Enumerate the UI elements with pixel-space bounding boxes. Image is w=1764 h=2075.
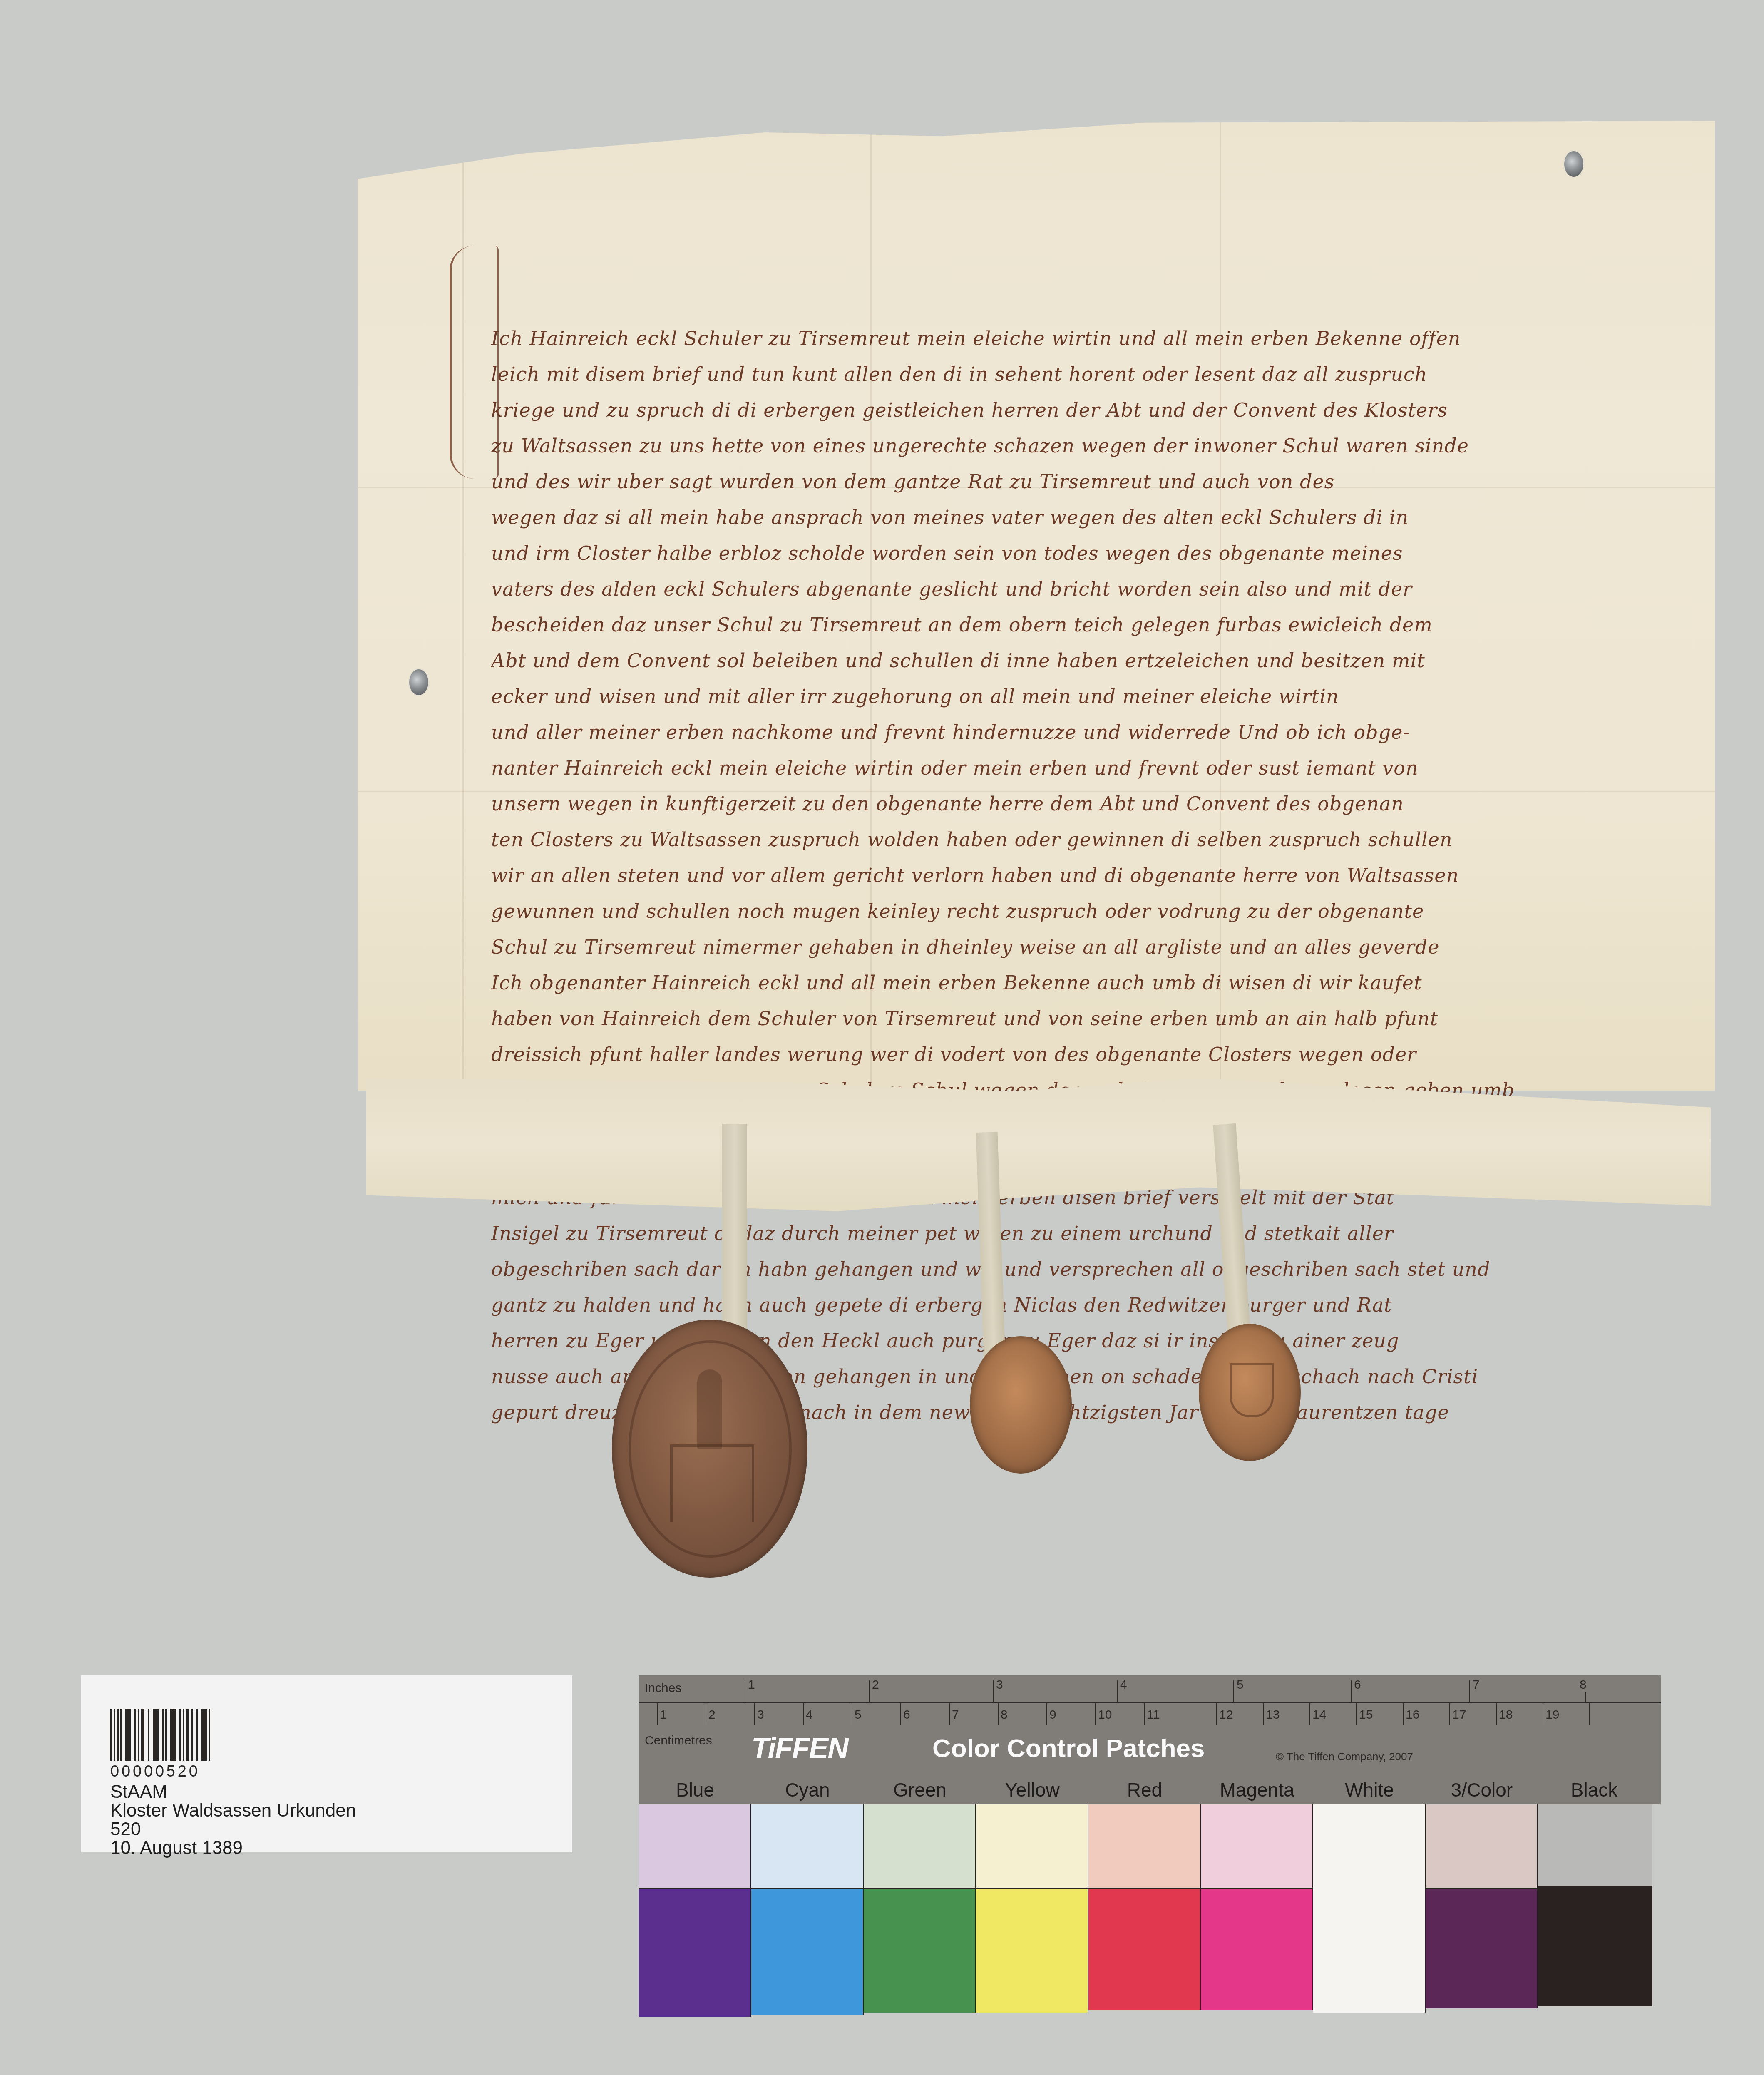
label-date: 10. August 1389 (110, 1838, 243, 1859)
text-line: und irm Closter halbe erbloz scholde wor… (491, 535, 1615, 571)
patch-label-blue: Blue (639, 1779, 751, 1801)
cm-tick-label: 7 (952, 1708, 959, 1722)
cm-tick-label: 14 (1312, 1708, 1326, 1722)
barcode (110, 1709, 210, 1761)
cm-tick-label: 3 (757, 1708, 764, 1722)
cm-tick-label: 5 (855, 1708, 862, 1722)
heraldic-shield-icon (1230, 1363, 1274, 1417)
patch-red-dark (1088, 1888, 1201, 2010)
text-line: und des wir uber sagt wurden von dem gan… (491, 464, 1615, 499)
cm-tick-label: 12 (1219, 1708, 1233, 1722)
text-line: ten Closters zu Waltsassen zuspruch wold… (491, 822, 1615, 857)
cm-tick-label: 9 (1049, 1708, 1056, 1722)
text-line: leich mit disem brief und tun kunt allen… (491, 356, 1615, 392)
patch-white (1313, 1804, 1426, 2013)
castle-gate-icon (670, 1444, 754, 1522)
text-line: nanter Hainreich eckl mein eleiche wirti… (491, 750, 1615, 786)
inch-tick-label: 5 (1237, 1678, 1244, 1692)
patch-cyan-light (751, 1804, 864, 1888)
inch-tick-label: 6 (1354, 1678, 1361, 1692)
patch-label-black: Black (1538, 1779, 1650, 1801)
cm-tick-label: 2 (708, 1708, 716, 1722)
plica-fold (366, 1078, 1711, 1211)
text-line: Insigel zu Tirsemreut di daz durch meine… (491, 1215, 1615, 1251)
patch-yellow-light (976, 1804, 1088, 1888)
inch-tick-label: 4 (1120, 1678, 1127, 1692)
text-line: vaters des alden eckl Schulers abgenante… (491, 571, 1615, 607)
barcode-digit: 0 (110, 1763, 119, 1781)
patch-black-dark (1538, 1886, 1652, 2006)
seal-large-city (612, 1320, 807, 1578)
patch-magenta-dark (1201, 1888, 1313, 2010)
text-line: unsern wegen in kunftigerzeit zu den obg… (491, 786, 1615, 822)
barcode-digit: 0 (122, 1763, 130, 1781)
cm-tick-label: 13 (1266, 1708, 1280, 1722)
patch-yellow-dark (976, 1888, 1088, 2013)
cm-tick-label: 15 (1359, 1708, 1373, 1722)
tiffen-logo: TiFFEN (751, 1732, 848, 1765)
patch-3color-dark (1426, 1888, 1538, 2008)
label-collection: Kloster Waldsassen Urkunden (110, 1800, 356, 1821)
patch-red-light (1088, 1804, 1201, 1888)
barcode-digit: 0 (144, 1763, 153, 1781)
patch-label-green: Green (864, 1779, 976, 1801)
patch-green-light (864, 1804, 976, 1888)
centimetres-label: Centimetres (645, 1734, 712, 1748)
text-line: kriege und zu spruch di di erbergen geis… (491, 392, 1615, 428)
text-line: wir an allen steten und vor allem gerich… (491, 857, 1615, 893)
barcode-digit: 0 (155, 1763, 164, 1781)
text-line: dreissich pfunt haller landes werung wer… (491, 1036, 1615, 1072)
patch-blue-dark (639, 1888, 751, 2017)
text-line: Ich Hainreich eckl Schuler zu Tirsemreut… (491, 321, 1615, 356)
inch-tick-label: 8 (1580, 1678, 1587, 1692)
ruler-band: Inches 1 2 3 4 5 6 7 8 1 2 3 4 5 6 7 8 9… (639, 1675, 1661, 1804)
text-line: gewunnen und schullen noch mugen keinley… (491, 893, 1615, 929)
patch-green-dark (864, 1888, 976, 2013)
seal-small-broken (970, 1336, 1072, 1474)
cm-tick-label: 4 (806, 1708, 813, 1722)
cm-tick-label: 19 (1545, 1708, 1559, 1722)
seal-small-heraldic (1199, 1324, 1301, 1461)
mounting-pin-icon (408, 668, 430, 696)
text-line: wegen daz si all mein habe ansprach von … (491, 499, 1615, 535)
saint-figure-icon (697, 1369, 722, 1449)
text-line: und aller meiner erben nachkome und frev… (491, 714, 1615, 750)
patch-label-yellow: Yellow (976, 1779, 1088, 1801)
label-number: 520 (110, 1819, 141, 1840)
patch-3color-light (1426, 1804, 1538, 1888)
patch-label-white: White (1313, 1779, 1426, 1801)
ruler-divider (639, 1702, 1661, 1703)
cm-tick-label: 6 (903, 1708, 910, 1722)
label-archive: StAAM (110, 1782, 167, 1802)
inches-label: Inches (645, 1681, 681, 1695)
patch-label-3color: 3/Color (1426, 1779, 1538, 1801)
text-line: obgeschriben sach dar an habn gehangen u… (491, 1251, 1615, 1287)
text-line: gantz zu halden und habn auch gepete di … (491, 1287, 1615, 1323)
cm-tick-label: 17 (1452, 1708, 1466, 1722)
inch-tick-label: 2 (872, 1678, 879, 1692)
cm-tick-label: 16 (1406, 1708, 1419, 1722)
barcode-digit: 0 (189, 1763, 198, 1781)
patch-label-red: Red (1088, 1779, 1201, 1801)
cm-tick-label: 8 (1001, 1708, 1008, 1722)
inch-tick-label: 1 (748, 1678, 755, 1692)
text-line: haben von Hainreich dem Schuler von Tirs… (491, 1001, 1615, 1036)
cm-tick-label: 11 (1147, 1708, 1160, 1722)
text-line: ecker und wisen und mit aller irr zugeho… (491, 678, 1615, 714)
barcode-digit: 2 (178, 1763, 186, 1781)
inch-tick-label: 3 (996, 1678, 1003, 1692)
text-line: Schul zu Tirsemreut nimermer gehaben in … (491, 929, 1615, 965)
patch-label-magenta: Magenta (1201, 1779, 1313, 1801)
patch-blue-light (639, 1804, 751, 1888)
cm-tick-label: 10 (1098, 1708, 1112, 1722)
color-control-chart: Inches 1 2 3 4 5 6 7 8 1 2 3 4 5 6 7 8 9… (639, 1675, 1665, 2017)
patch-label-cyan: Cyan (751, 1779, 864, 1801)
text-line: Abt und dem Convent sol beleiben und sch… (491, 643, 1615, 678)
barcode-digit: 0 (133, 1763, 142, 1781)
charter-text: Ich Hainreich eckl Schuler zu Tirsemreut… (491, 321, 1615, 1430)
copyright-notice: © The Tiffen Company, 2007 (1276, 1750, 1413, 1763)
mounting-pin-icon (1563, 150, 1585, 178)
barcode-number: 0 0 0 0 0 5 2 0 (110, 1763, 198, 1781)
inch-tick-label: 7 (1473, 1678, 1480, 1692)
barcode-digit: 5 (166, 1763, 175, 1781)
text-line: Ich obgenanter Hainreich eckl und all me… (491, 965, 1615, 1001)
text-line: zu Waltsassen zu uns hette von eines ung… (491, 428, 1615, 464)
patch-cyan-dark (751, 1888, 864, 2015)
chart-title: Color Control Patches (932, 1734, 1205, 1763)
text-line: bescheiden daz unser Schul zu Tirsemreut… (491, 607, 1615, 643)
patch-magenta-light (1201, 1804, 1313, 1888)
cm-tick-label: 18 (1499, 1708, 1513, 1722)
catalog-label: 0 0 0 0 0 5 2 0 StAAM Kloster Waldsassen… (81, 1675, 572, 1852)
cm-tick-label: 1 (660, 1708, 667, 1722)
patch-black-light (1538, 1804, 1652, 1888)
